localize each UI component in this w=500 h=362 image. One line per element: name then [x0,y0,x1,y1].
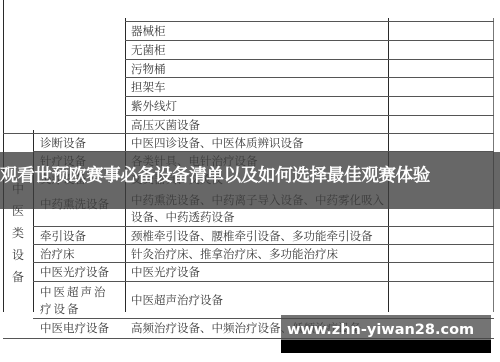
category-char: 类 [9,222,27,244]
device-name: 中医超声治疗设备 [40,284,120,318]
row-line [125,96,494,97]
device-name: 中医光疗设备 [40,265,109,279]
row-line [33,244,494,245]
equipment-item: 高压灭菌设备 [131,118,200,132]
device-items: 中医四诊设备、中医体质辨识设备 [131,136,304,150]
equipment-item: 担架车 [131,80,166,94]
watermark-text: www.zhn-yiwan28.com [287,320,474,340]
device-name: 治疗床 [40,247,75,261]
device-items: 中医光疗设备 [131,265,200,279]
device-name: 中医电疗设备 [40,321,109,335]
device-items: 中医超声治疗设备 [131,293,223,307]
row-line [33,226,494,227]
equipment-item: 无菌柜 [131,43,166,57]
equipment-item: 器械柜 [131,24,166,38]
category-char: 备 [9,266,27,288]
row-line [33,281,494,282]
watermark-underbar [281,340,491,353]
device-name: 诊断设备 [40,136,86,150]
device-items: 针灸治疗床、推拿治疗床、多功能治疗床 [131,247,338,261]
row-line [125,77,494,78]
row-line [125,115,494,116]
device-name: 牵引设备 [40,229,86,243]
row-line [125,40,494,41]
device-items: 颈椎牵引设备、腰椎牵引设备、多功能牵引设备 [131,229,373,243]
category-char: 设 [9,244,27,266]
row-line [3,133,494,134]
title-banner-text: 观看世预欧赛事必备设备清单以及如何选择最佳观赛体验 [0,164,500,188]
row-line [33,262,494,263]
equipment-item: 污物桶 [131,62,166,76]
equipment-item: 紫外线灯 [131,99,177,113]
row-line [125,59,494,60]
row-line [125,21,494,22]
